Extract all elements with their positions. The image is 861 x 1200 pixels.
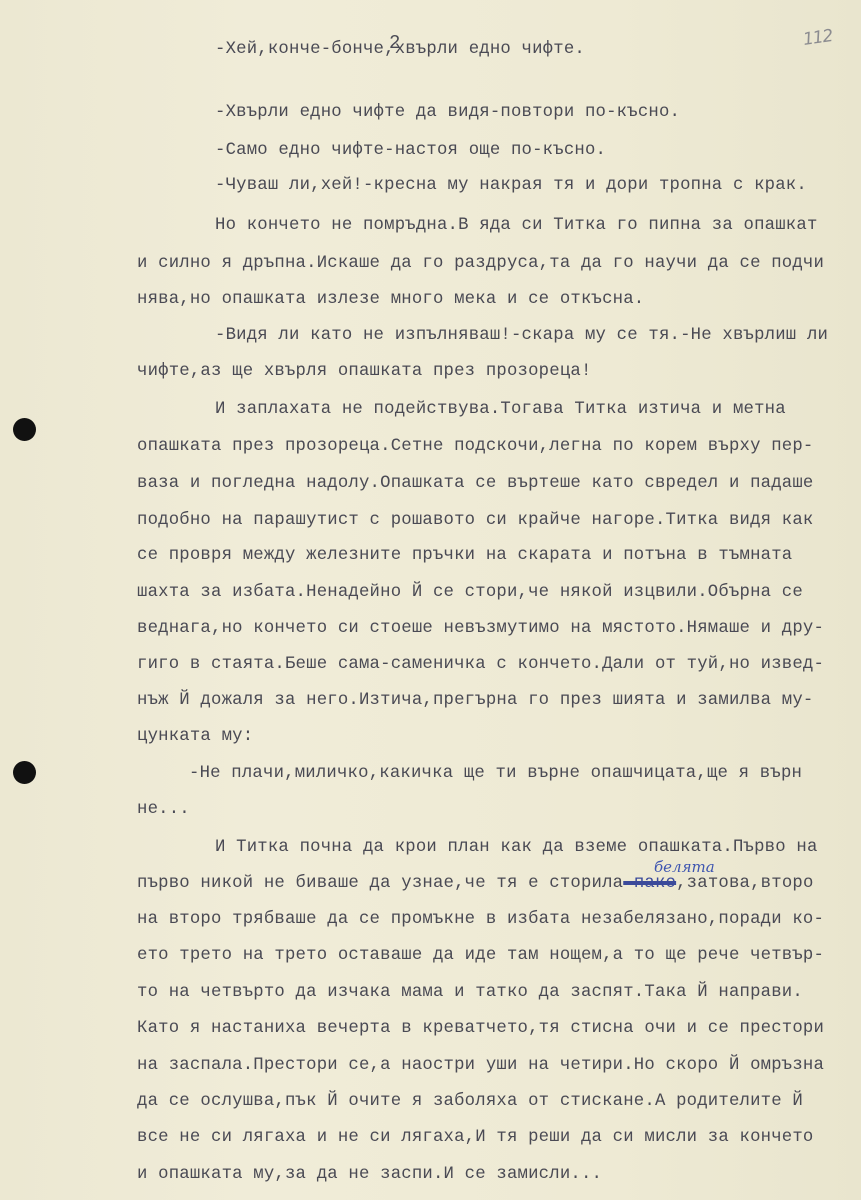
hole-punch-top: [13, 418, 36, 441]
text-line: -Видя ли като не изпълняваш!-скара му се…: [215, 326, 828, 345]
text-line: се провря между железните пръчки на скар…: [137, 546, 792, 565]
text-line: и опашката му,за да не заспи.И се замисл…: [137, 1165, 602, 1184]
text-line: шахта за избата.Ненадейно Й се стори,че …: [137, 583, 803, 602]
text-line: -Хей,конче-бонче,хвърли едно чифте.: [215, 40, 585, 59]
text-line: И Титка почна да крои план как да вземе …: [215, 838, 818, 857]
text-line: опашката през прозореца.Сетне подскочи,л…: [137, 437, 814, 456]
text-line: И заплахата не подействува.Тогава Титка …: [215, 400, 786, 419]
text-line: на заспала.Престори се,а наостри уши на …: [137, 1056, 824, 1075]
text-line: то на четвърто да изчака мама и татко да…: [137, 983, 803, 1002]
text-line: нява,но опашката излезе много мека и се …: [137, 290, 644, 309]
text-line: първо никой не биваше да узнае,че тя е с…: [137, 874, 814, 893]
struck-word: пако: [623, 874, 676, 893]
handwritten-correction: белята: [654, 858, 715, 876]
text-line: Но кончето не помръдна.В яда си Титка го…: [215, 216, 818, 235]
text-line: подобно на парашутист с рошавото си край…: [137, 511, 814, 530]
text-line: нъж Й дожаля за него.Изтича,прегърна го …: [137, 691, 814, 710]
text-line: -Хвърли едно чифте да видя-повтори по-къ…: [215, 103, 680, 122]
archive-number: 112: [802, 26, 834, 50]
text-line: все не си лягаха и не си лягаха,И тя реш…: [137, 1128, 814, 1147]
text-line: -Чуваш ли,хей!-кресна му накрая тя и дор…: [215, 176, 807, 195]
text-line: ваза и погледна надолу.Опашката се върте…: [137, 474, 814, 493]
text-after-correction: ,затова,второ: [676, 874, 813, 893]
text-line: цунката му:: [137, 727, 253, 746]
text-line: -Само едно чифте-настоя още по-късно.: [215, 141, 606, 160]
text-line: и силно я дръпна.Искаше да го раздруса,т…: [137, 254, 824, 273]
hole-punch-bottom: [13, 761, 36, 784]
text-line: Като я настаниха вечерта в креватчето,тя…: [137, 1019, 824, 1038]
text-line: ето трето на трето оставаше да иде там н…: [137, 946, 824, 965]
text-line: да се ослушва,пък Й очите я заболяха от …: [137, 1092, 803, 1111]
text-line: -Не плачи,миличко,какичка ще ти върне оп…: [189, 764, 802, 783]
document-page: 2 112 -Хей,конче-бонче,хвърли едно чифте…: [0, 0, 861, 1200]
text-line: чифте,аз ще хвърля опашката през прозоре…: [137, 362, 592, 381]
text-line: не...: [137, 800, 190, 819]
text-line: веднага,но кончето си стоеше невъзмутимо…: [137, 619, 824, 638]
text-line: на второ трябваше да се промъкне в избат…: [137, 910, 824, 929]
text-line: гиго в стаята.Беше сама-саменичка с конч…: [137, 655, 824, 674]
